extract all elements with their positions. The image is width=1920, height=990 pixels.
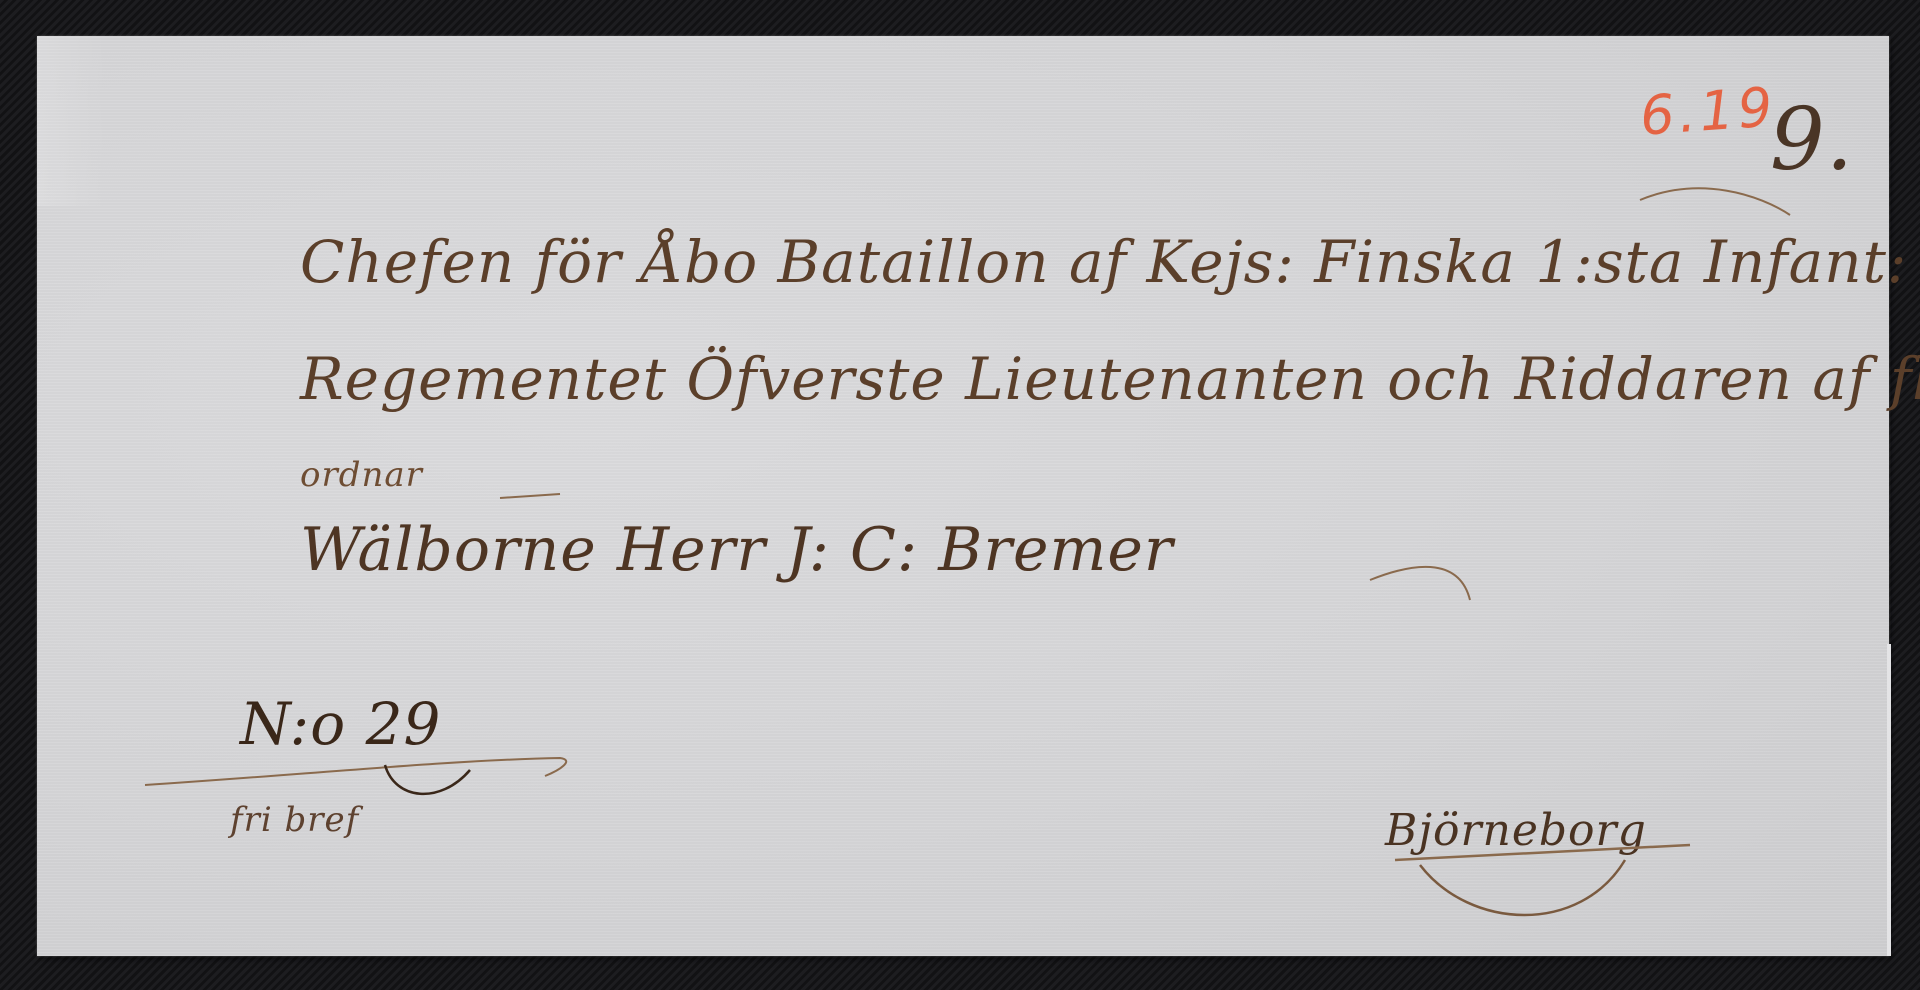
ink-flourishes	[0, 0, 1920, 990]
